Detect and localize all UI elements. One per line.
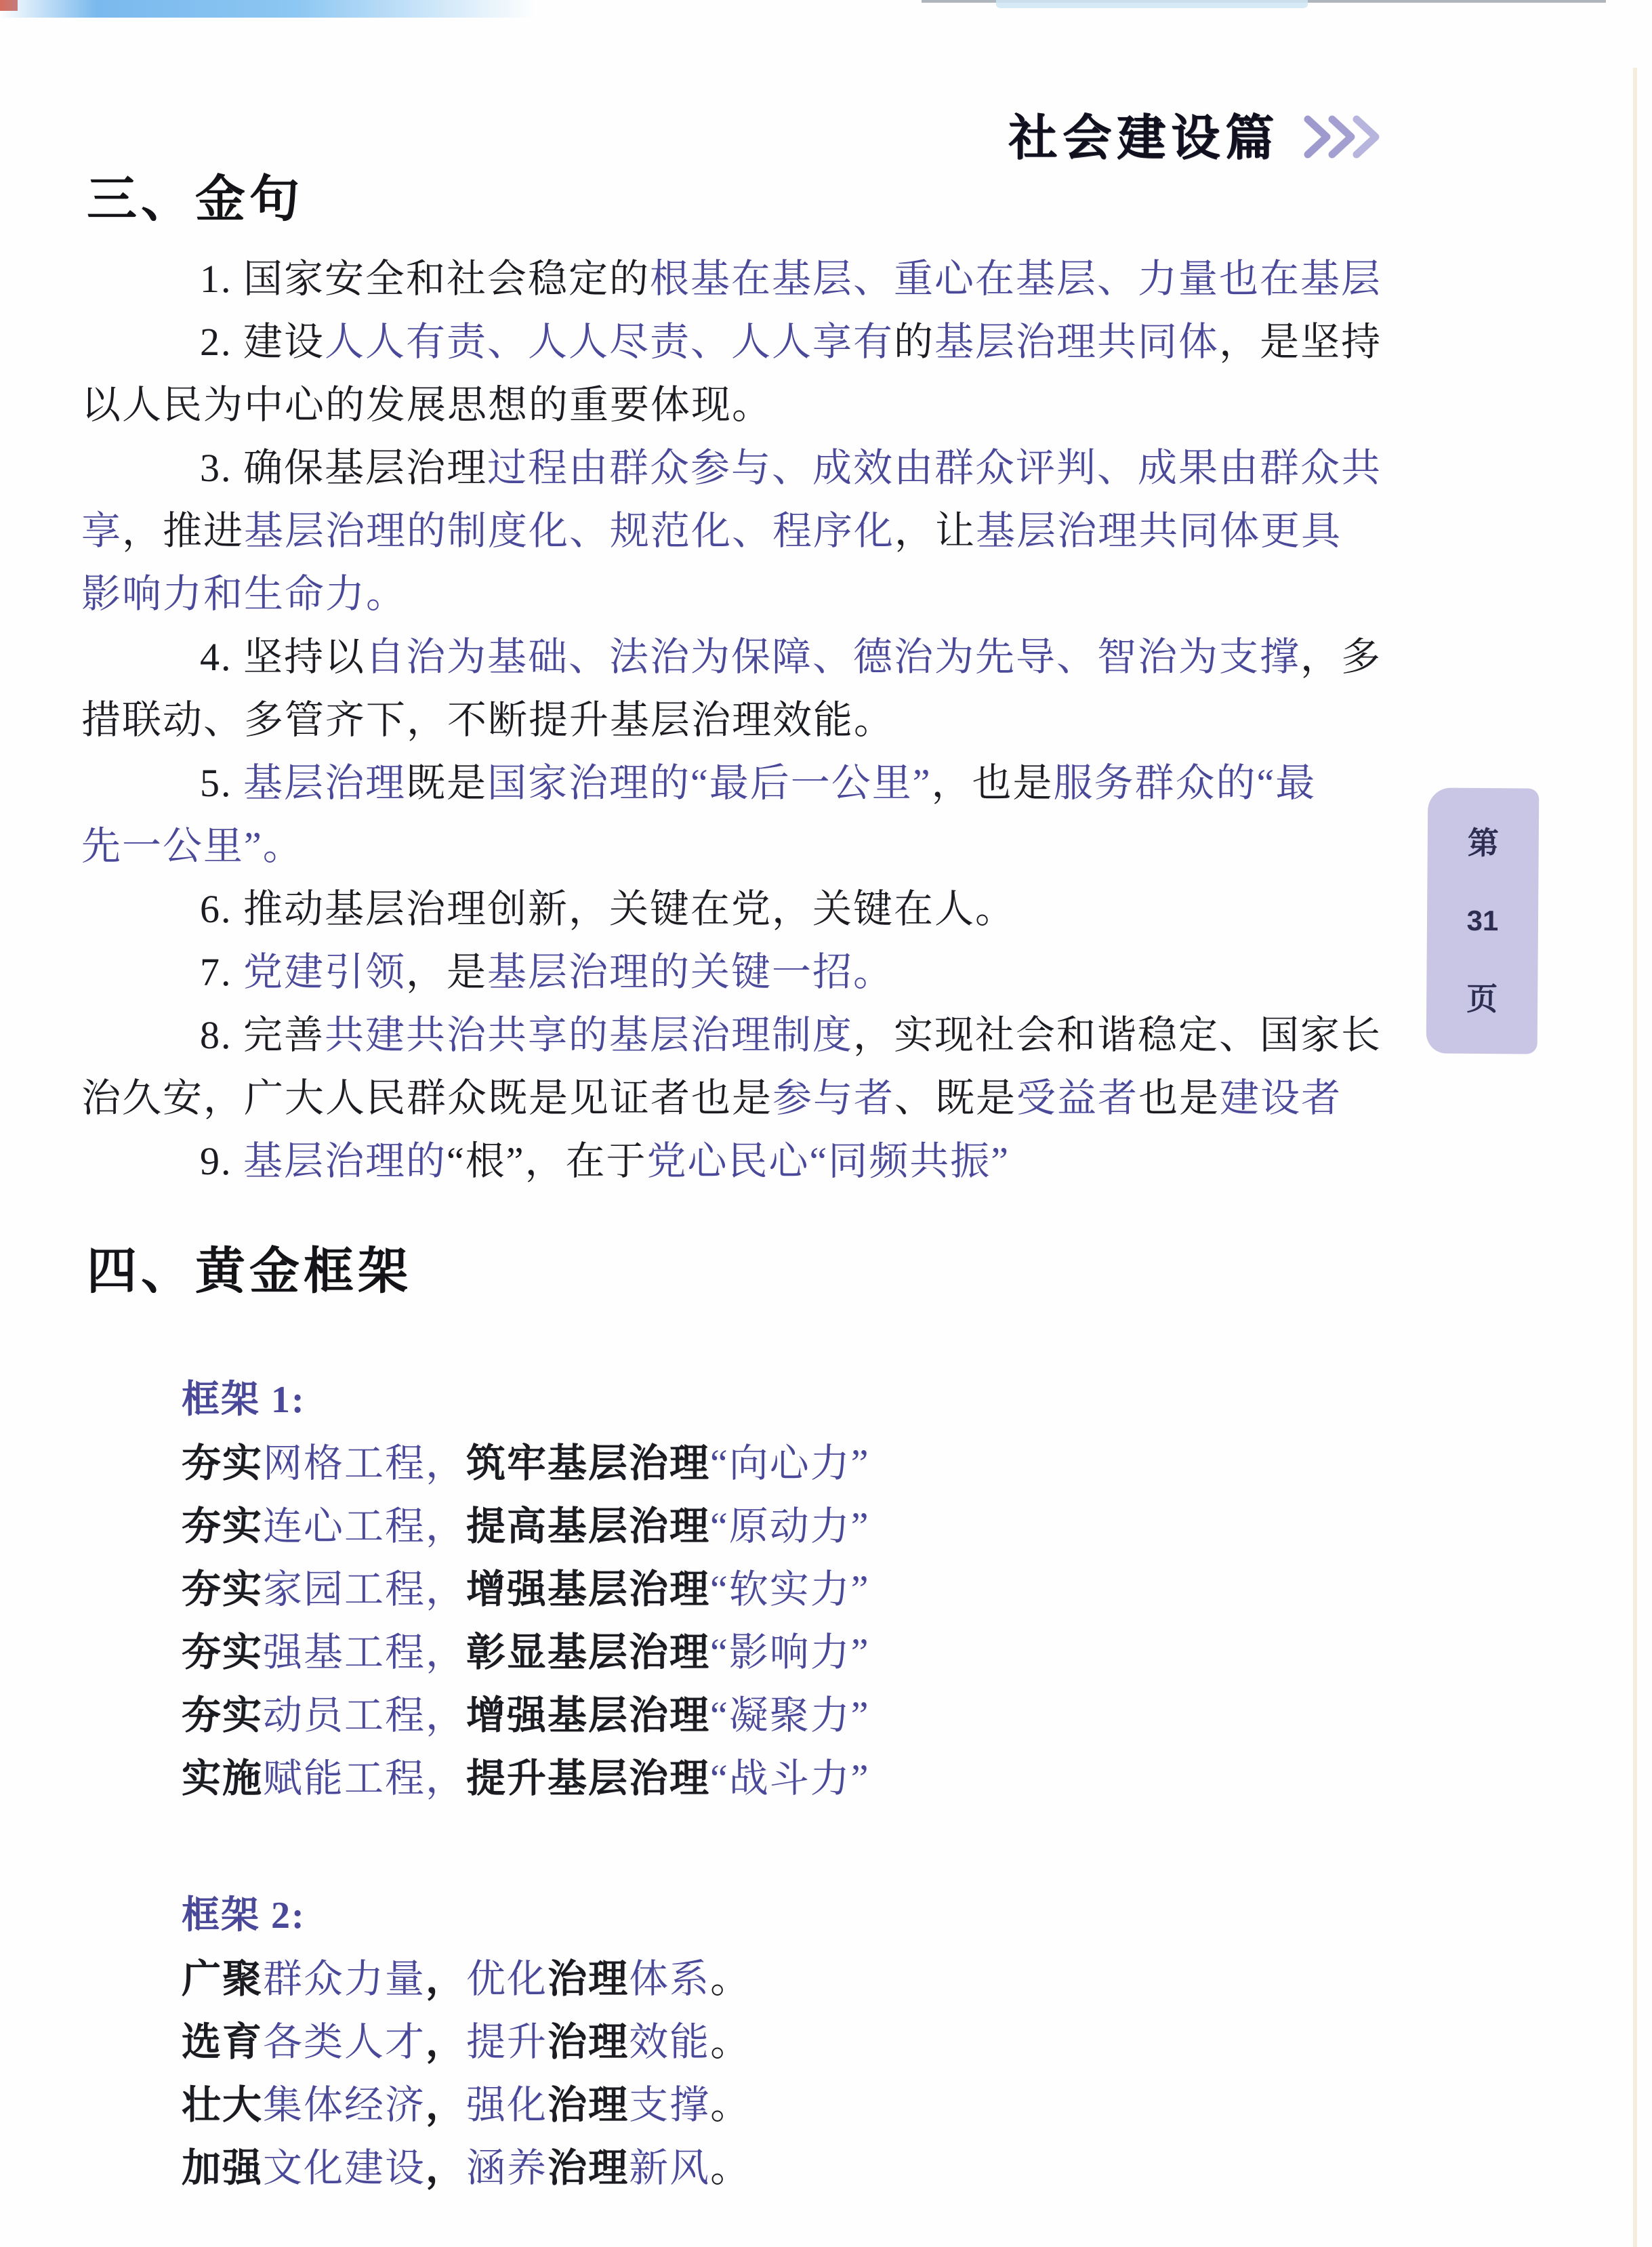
text-line: 广聚群众力量，优化治理体系。 (182, 1947, 1511, 2011)
text-segment-black: 选育 (182, 2020, 263, 2064)
text-line: 2. 建设人人有责、人人尽责、人人享有的基层治理共同体，是坚持 (81, 310, 1511, 373)
text-segment-blue: 共建共治共享的基层治理制度 (325, 1013, 853, 1057)
text-segment-black: 夯实 (182, 1441, 263, 1485)
text-segment-black: 6. 推动基层治理创新，关键在党，关键在人。 (200, 887, 1016, 931)
text-segment-black: ，推进 (122, 509, 244, 553)
text-line: 壮大集体经济，强化治理支撑。 (182, 2074, 1511, 2137)
text-line: 选育各类人才，提升治理效能。 (182, 2011, 1511, 2074)
text-segment-black: 加强 (182, 2146, 263, 2190)
text-line: 享，推进基层治理的制度化、规范化、程序化，让基层治理共同体更具 (81, 499, 1511, 562)
text-segment-blue: 基层治理共同体更具 (976, 509, 1342, 553)
chevrons-right-icon (1302, 115, 1392, 162)
sentence-item-8: 8. 完善共建共治共享的基层治理制度，实现社会和谐稳定、国家长治久安，广大人民群… (81, 1004, 1511, 1130)
text-line: 1. 国家安全和社会稳定的根基在基层、重心在基层、力量也在基层 (81, 247, 1511, 310)
text-segment-black: 治理 (548, 2083, 629, 2127)
text-segment-blue: “影响力” (710, 1630, 870, 1674)
text-line: 实施赋能工程，提升基层治理“战斗力” (182, 1747, 1511, 1810)
text-segment-blue: 优化 (466, 1957, 548, 2001)
text-segment-blue: 参与者 (772, 1076, 894, 1120)
text-segment-black: 2. 建设 (200, 320, 325, 364)
text-line: 影响力和生命力。 (81, 562, 1511, 625)
text-segment-black: 既是 (406, 761, 487, 805)
text-line: 3. 确保基层治理过程由群众参与、成效由群众评判、成果由群众共 (81, 436, 1511, 499)
text-segment-black: ，实现社会和谐稳定、国家长 (853, 1013, 1382, 1057)
sentence-item-5: 5. 基层治理既是国家治理的“最后一公里”，也是服务群众的“最先一公里”。 (81, 751, 1511, 878)
text-line: 8. 完善共建共治共享的基层治理制度，实现社会和谐稳定、国家长 (81, 1004, 1511, 1067)
sentence-item-3: 3. 确保基层治理过程由群众参与、成效由群众评判、成果由群众共享，推进基层治理的… (81, 436, 1511, 625)
text-segment-black: 壮大 (182, 2083, 263, 2127)
text-segment-black: 9. (200, 1139, 243, 1183)
text-segment-blue: 基层治理共同体 (934, 320, 1219, 364)
text-segment-black: 1. 国家安全和社会稳定的 (200, 257, 650, 301)
text-segment-black: 。 (710, 1957, 751, 2001)
text-segment-black: 广聚 (182, 1957, 263, 2001)
sentence-item-1: 1. 国家安全和社会稳定的根基在基层、重心在基层、力量也在基层 (81, 247, 1511, 310)
text-segment-black: 3. 确保基层治理 (200, 446, 487, 490)
text-segment-blue: “凝聚力” (710, 1693, 870, 1737)
scan-artifact-right-edge (1633, 68, 1637, 2247)
text-segment-black: 提高基层治理 (466, 1504, 710, 1548)
golden-sentences-list: 1. 国家安全和社会稳定的根基在基层、重心在基层、力量也在基层 2. 建设人人有… (81, 247, 1511, 1193)
text-segment-black: 增强基层治理 (466, 1693, 710, 1737)
text-line: 4. 坚持以自治为基础、法治为保障、德治为先导、智治为支撑，多 (81, 625, 1511, 688)
text-segment-black: 筑牢基层治理 (466, 1441, 710, 1485)
framework-2-label: 框架 2: (182, 1884, 1511, 1947)
framework-1-label: 框架 1: (182, 1369, 1511, 1432)
sentence-item-2: 2. 建设人人有责、人人尽责、人人享有的基层治理共同体，是坚持以人民为中心的发展… (81, 310, 1511, 436)
text-segment-blue: 群众力量 (263, 1957, 426, 2001)
framework-2: 框架 2: 广聚群众力量，优化治理体系。选育各类人才，提升治理效能。壮大集体经济… (182, 1884, 1511, 2200)
text-segment-black: 、既是 (894, 1076, 1016, 1120)
text-line: 夯实动员工程，增强基层治理“凝聚力” (182, 1684, 1511, 1747)
text-line: 以人民为中心的发展思想的重要体现。 (81, 373, 1511, 436)
text-segment-blue: 基层治理的制度化、规范化、程序化 (244, 509, 894, 553)
text-segment-blue: 集体经济 (263, 2083, 426, 2127)
text-segment-blue: 家园工程， (263, 1567, 466, 1611)
text-segment-black: 夯实 (182, 1567, 263, 1611)
text-segment-black: 治久安，广大人民群众既是见证者也是 (81, 1076, 772, 1120)
text-line: 先一公里”。 (81, 815, 1511, 878)
text-segment-blue: 先一公里”。 (81, 824, 304, 868)
text-segment-black: 7. (200, 950, 243, 994)
chapter-title: 社会建设篇 (1008, 114, 1279, 163)
text-segment-blue: “向心力” (710, 1441, 870, 1485)
text-segment-blue: 赋能工程， (263, 1756, 466, 1800)
text-segment-blue: 文化建设 (263, 2146, 426, 2190)
text-segment-blue: 根基在基层、重心在基层、力量也在基层 (650, 257, 1382, 301)
text-line: 9. 基层治理的“根”，在于党心民心“同频共振” (81, 1130, 1511, 1193)
text-segment-black: ， (426, 2146, 466, 2190)
text-segment-black: 夯实 (182, 1693, 263, 1737)
scan-artifact-teal-bar (996, 0, 1308, 8)
text-segment-black: 也是 (1138, 1076, 1220, 1120)
section-heading-jinju: 三、金句 (87, 173, 1511, 227)
text-line: 夯实连心工程，提高基层治理“原动力” (182, 1495, 1511, 1558)
text-segment-blue: 受益者 (1016, 1076, 1138, 1120)
text-segment-black: ，是坚持 (1219, 320, 1382, 364)
text-line: 措联动、多管齐下，不断提升基层治理效能。 (81, 688, 1511, 751)
sentence-item-7: 7. 党建引领，是基层治理的关键一招。 (81, 941, 1511, 1004)
text-segment-blue: 强基工程， (263, 1630, 466, 1674)
text-segment-black: 以人民为中心的发展思想的重要体现。 (81, 383, 772, 427)
text-segment-blue: “战斗力” (710, 1756, 870, 1800)
text-segment-blue: 涵养 (466, 2146, 548, 2190)
text-segment-blue: 提升 (466, 2020, 548, 2064)
text-line: 夯实家园工程，增强基层治理“软实力” (182, 1558, 1511, 1621)
text-line: 6. 推动基层治理创新，关键在党，关键在人。 (81, 878, 1511, 941)
text-segment-black: 治理 (548, 1957, 629, 2001)
text-segment-blue: 过程由群众参与、成效由群众评判、成果由群众共 (487, 446, 1382, 490)
text-segment-black: 措联动、多管齐下，不断提升基层治理效能。 (81, 698, 894, 742)
text-segment-black: ，是 (406, 950, 487, 994)
text-segment-blue: “软实力” (710, 1567, 870, 1611)
text-segment-black: 提升基层治理 (466, 1756, 710, 1800)
text-segment-blue: 新风 (629, 2146, 710, 2190)
text-segment-blue: 人人有责、人人尽责、人人享有 (325, 320, 894, 364)
text-segment-blue: 国家治理的“最后一公里” (487, 761, 932, 805)
framework-1: 框架 1: 夯实网格工程，筑牢基层治理“向心力”夯实连心工程，提高基层治理“原动… (182, 1369, 1511, 1810)
page-header: 社会建设篇 (1008, 114, 1392, 163)
sentence-item-6: 6. 推动基层治理创新，关键在党，关键在人。 (81, 878, 1511, 941)
text-segment-black: 治理 (548, 2146, 629, 2190)
text-segment-black: 彰显基层治理 (466, 1630, 710, 1674)
text-segment-blue: 各类人才 (263, 2020, 426, 2064)
sentence-item-9: 9. 基层治理的“根”，在于党心民心“同频共振” (81, 1130, 1511, 1193)
text-segment-black: ，让 (894, 509, 976, 553)
text-segment-blue: 影响力和生命力。 (81, 572, 407, 616)
framework-1-lines: 夯实网格工程，筑牢基层治理“向心力”夯实连心工程，提高基层治理“原动力”夯实家园… (182, 1432, 1511, 1810)
text-segment-blue: 服务群众的“最 (1054, 761, 1317, 805)
text-segment-black: 5. (200, 761, 243, 805)
text-segment-black: 夯实 (182, 1504, 263, 1548)
text-line: 加强文化建设，涵养治理新风。 (182, 2137, 1511, 2200)
text-segment-black: ， (426, 2020, 466, 2064)
text-segment-black: 的 (894, 320, 934, 364)
text-segment-black: ，也是 (932, 761, 1054, 805)
scanned-document-page: 社会建设篇 第 31 页 三、金句 1. 国家安全和社会稳定的根基在基层、重心在… (0, 0, 1652, 2247)
text-line: 治久安，广大人民群众既是见证者也是参与者、既是受益者也是建设者 (81, 1067, 1511, 1130)
text-segment-black: 4. 坚持以 (200, 635, 365, 679)
text-segment-black: 。 (710, 2083, 751, 2127)
text-segment-blue: 自治为基础、法治为保障、德治为先导、智治为支撑 (365, 635, 1300, 679)
text-segment-black: “根”，在于 (447, 1139, 647, 1183)
text-segment-blue: 效能 (629, 2020, 710, 2064)
text-line: 7. 党建引领，是基层治理的关键一招。 (81, 941, 1511, 1004)
text-segment-blue: 动员工程， (263, 1693, 466, 1737)
text-segment-black: 。 (710, 2020, 751, 2064)
text-segment-black: 增强基层治理 (466, 1567, 710, 1611)
text-segment-blue: 网格工程， (263, 1441, 466, 1485)
text-segment-black: ，多 (1300, 635, 1382, 679)
text-segment-blue: 党心民心“同频共振” (647, 1139, 1010, 1183)
text-segment-black: ， (426, 2083, 466, 2127)
text-segment-black: 8. 完善 (200, 1013, 325, 1057)
text-segment-black: 治理 (548, 2020, 629, 2064)
text-segment-blue: 建设者 (1220, 1076, 1342, 1120)
text-segment-blue: 体系 (629, 1957, 710, 2001)
text-segment-blue: “原动力” (710, 1504, 870, 1548)
text-line: 夯实强基工程，彰显基层治理“影响力” (182, 1621, 1511, 1684)
text-segment-blue: 基层治理 (243, 761, 406, 805)
text-line: 夯实网格工程，筑牢基层治理“向心力” (182, 1432, 1511, 1495)
text-segment-blue: 支撑 (629, 2083, 710, 2127)
sentence-item-4: 4. 坚持以自治为基础、法治为保障、德治为先导、智治为支撑，多措联动、多管齐下，… (81, 625, 1511, 751)
scan-artifact-blue-bar (0, 0, 535, 18)
text-segment-black: 夯实 (182, 1630, 263, 1674)
text-segment-black: 实施 (182, 1756, 263, 1800)
golden-frameworks: 框架 1: 夯实网格工程，筑牢基层治理“向心力”夯实连心工程，提高基层治理“原动… (182, 1369, 1511, 2200)
text-segment-blue: 连心工程， (263, 1504, 466, 1548)
text-line: 5. 基层治理既是国家治理的“最后一公里”，也是服务群众的“最 (81, 751, 1511, 815)
text-segment-blue: 基层治理的 (243, 1139, 447, 1183)
text-segment-black: ， (426, 1957, 466, 2001)
text-segment-blue: 享 (81, 509, 122, 553)
document-content: 三、金句 1. 国家安全和社会稳定的根基在基层、重心在基层、力量也在基层 2. … (81, 173, 1511, 2200)
text-segment-black: 。 (710, 2146, 751, 2190)
framework-2-lines: 广聚群众力量，优化治理体系。选育各类人才，提升治理效能。壮大集体经济，强化治理支… (182, 1947, 1511, 2200)
text-segment-blue: 强化 (466, 2083, 548, 2127)
text-segment-blue: 党建引领 (243, 950, 406, 994)
text-segment-blue: 基层治理的关键一招。 (487, 950, 894, 994)
section-heading-kuangjia: 四、黄金框架 (87, 1240, 1511, 1304)
